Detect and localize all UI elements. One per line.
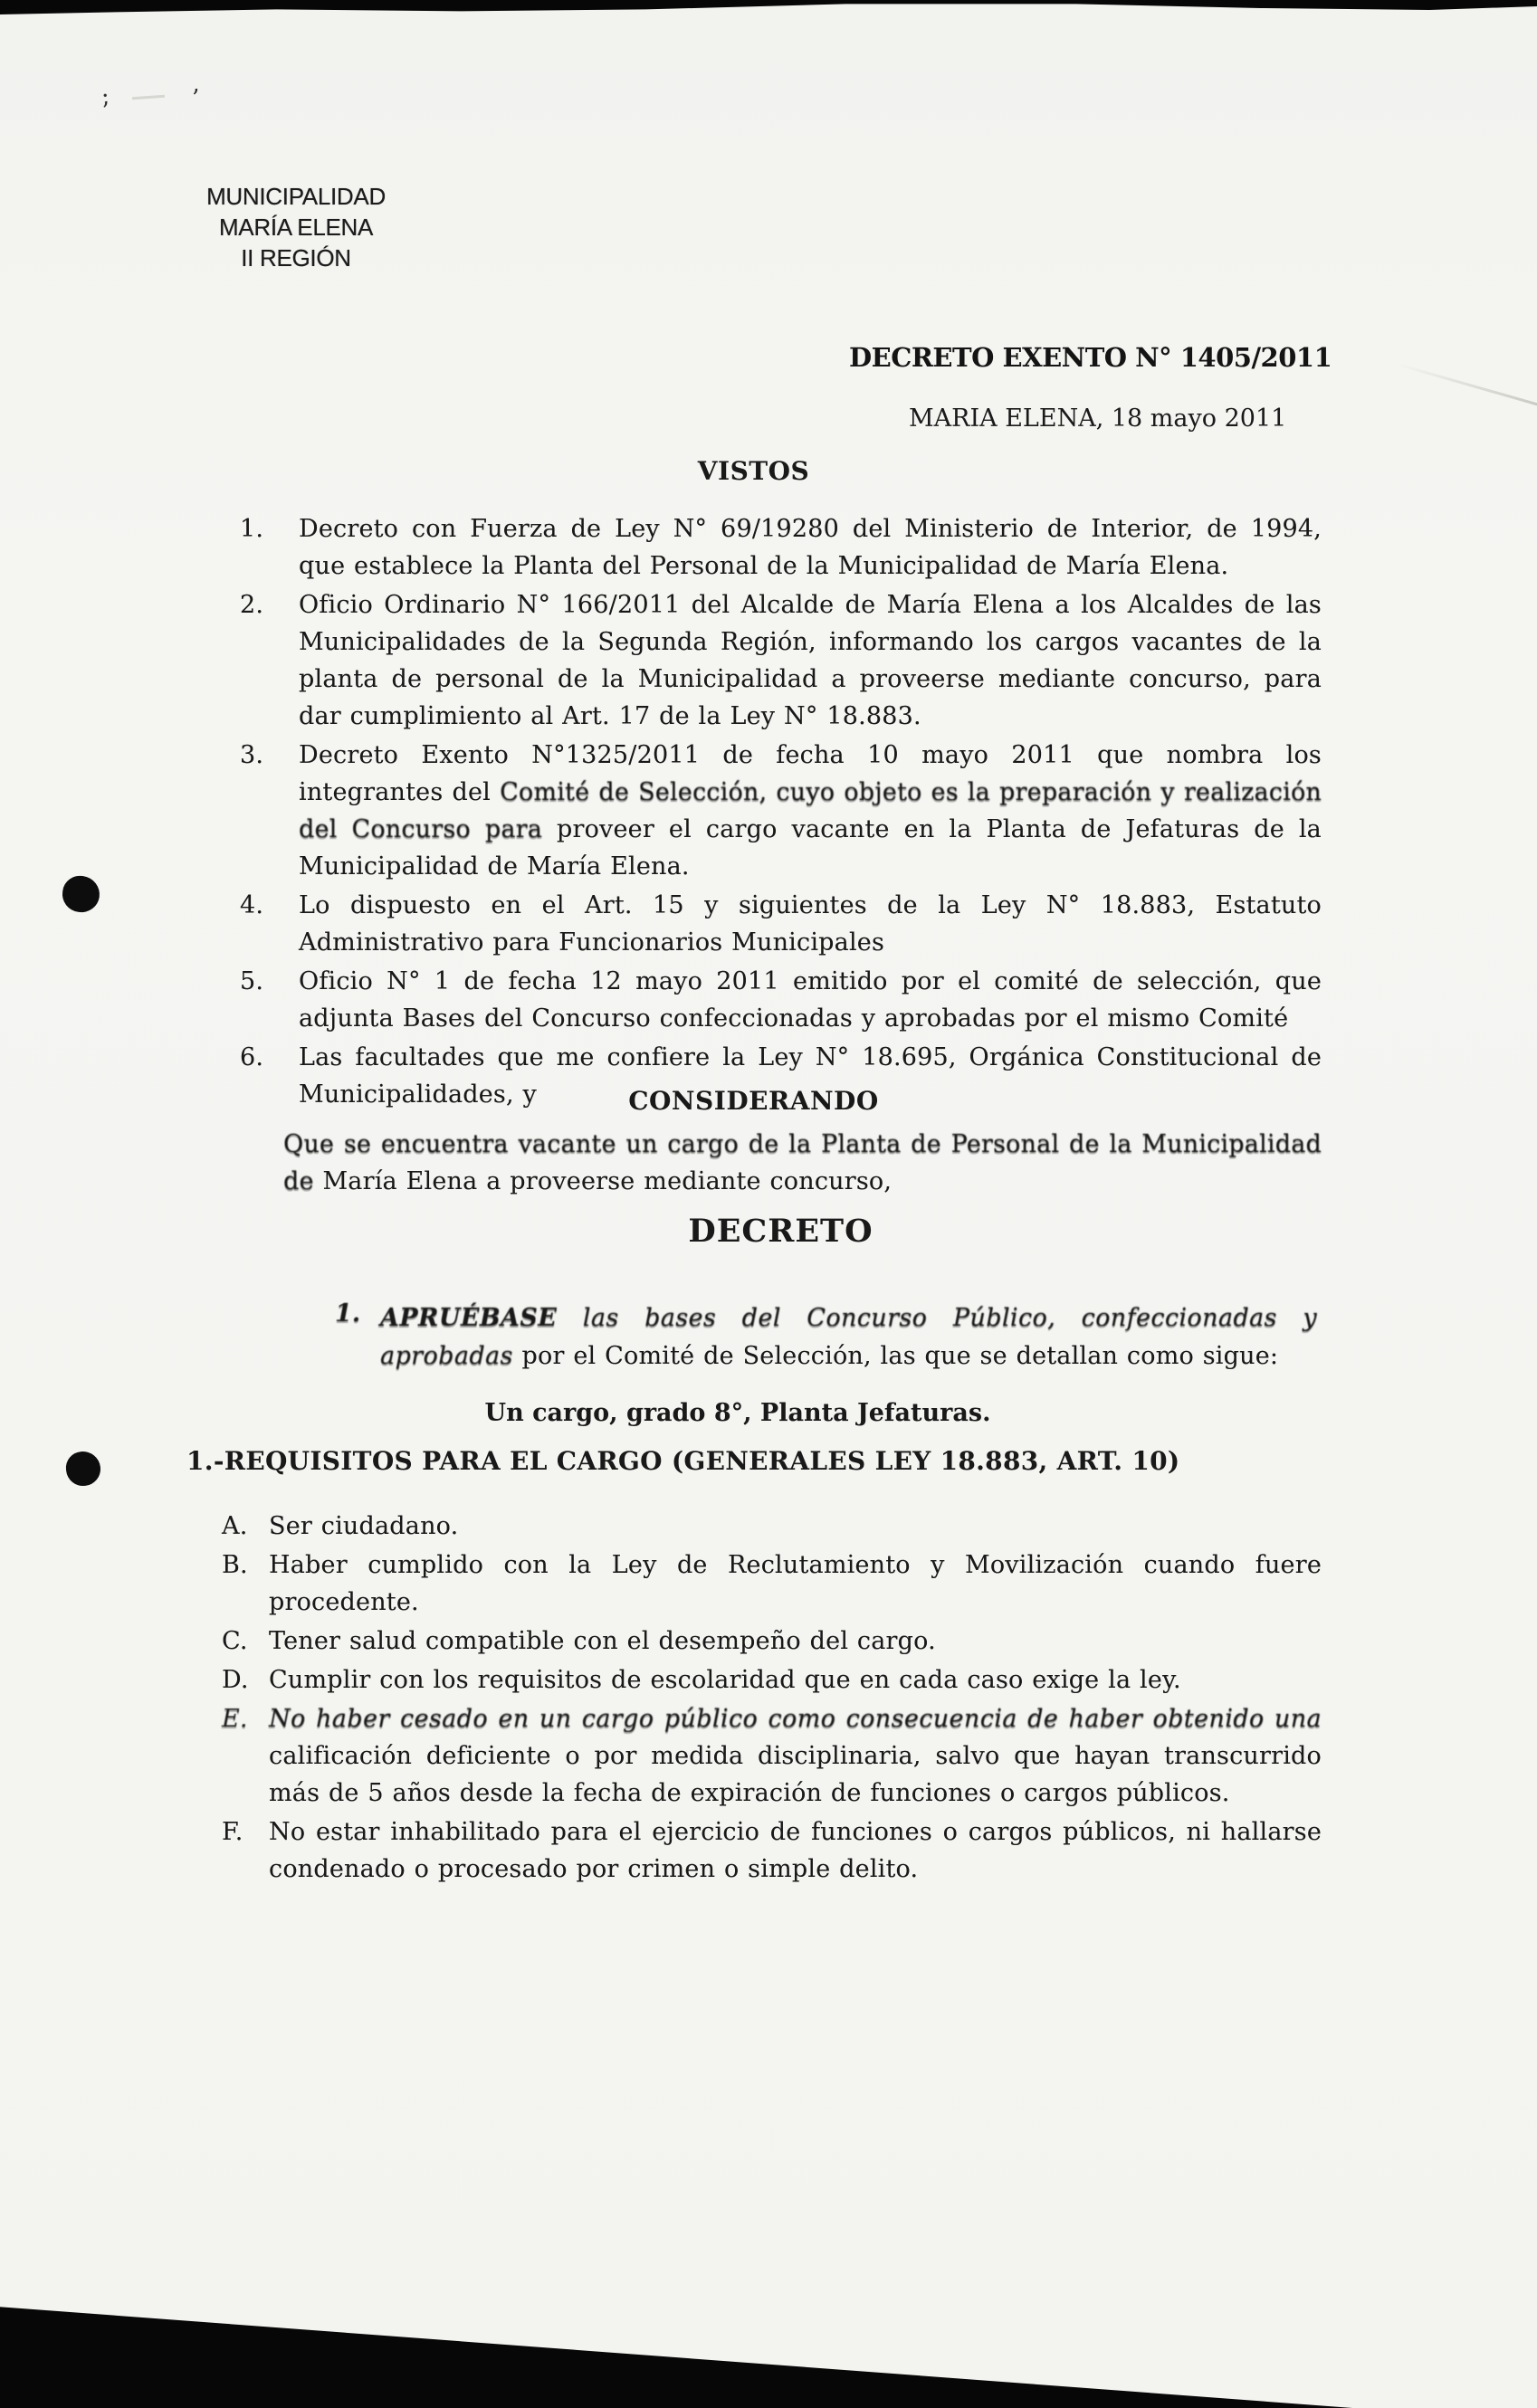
item-letter: E. bbox=[222, 1700, 265, 1737]
item-letter: C. bbox=[222, 1623, 265, 1660]
letterhead: MUNICIPALIDAD MARÍA ELENA II REGIÓN bbox=[203, 181, 389, 273]
text-segment: No haber cesado en un cargo público como… bbox=[269, 1705, 1322, 1733]
item-text: Tener salud compatible con el desempeño … bbox=[269, 1623, 1322, 1660]
decreto-item-text: APRUÉBASE las bases del Concurso Público… bbox=[380, 1299, 1317, 1375]
letterhead-line-2: MARÍA ELENA bbox=[203, 212, 389, 243]
vistos-heading: VISTOS bbox=[213, 456, 1294, 486]
decreto-heading: DECRETO bbox=[240, 1213, 1322, 1250]
ink-smudge-mark bbox=[132, 95, 165, 100]
hole-punch-dot bbox=[60, 873, 101, 914]
item-number: 2. bbox=[240, 586, 294, 623]
scanned-decree-page: { "letterhead": { "line1": "MUNICIPALIDA… bbox=[0, 0, 1537, 2408]
text-segment: Lo dispuesto en el Art. 15 y siguientes … bbox=[299, 891, 1322, 957]
item-letter: A. bbox=[222, 1508, 265, 1545]
item-text: Haber cumplido con la Ley de Reclutamien… bbox=[269, 1547, 1322, 1621]
text-segment: por el Comité de Selección, las que se d… bbox=[513, 1342, 1278, 1370]
letterhead-line-3: II REGIÓN bbox=[203, 243, 389, 273]
item-number: 1. bbox=[240, 510, 294, 547]
text-segment: Cumplir con los requisitos de escolarida… bbox=[269, 1666, 1181, 1694]
text-segment: María Elena a proveerse mediante concurs… bbox=[314, 1167, 892, 1195]
text-segment: No estar inhabilitado para el ejercicio … bbox=[269, 1818, 1322, 1883]
text-segment: Oficio N° 1 de fecha 12 mayo 2011 emitid… bbox=[299, 967, 1322, 1033]
text-segment: calificación deficiente o por medida dis… bbox=[269, 1742, 1322, 1807]
requisito-item: F. No estar inhabilitado para el ejercic… bbox=[222, 1813, 1322, 1888]
item-text: Decreto Exento N°1325/2011 de fecha 10 m… bbox=[299, 737, 1322, 885]
vistos-item: 5. Oficio N° 1 de fecha 12 mayo 2011 emi… bbox=[240, 963, 1322, 1037]
requisito-item: C. Tener salud compatible con el desempe… bbox=[222, 1623, 1322, 1660]
vistos-item: 2. Oficio Ordinario N° 166/2011 del Alca… bbox=[240, 586, 1322, 735]
ink-smudge-mark: ’ bbox=[192, 85, 199, 112]
item-number: 3. bbox=[240, 737, 294, 774]
item-number: 6. bbox=[240, 1039, 294, 1076]
item-text: Lo dispuesto en el Art. 15 y siguientes … bbox=[299, 887, 1322, 961]
text-segment: Ser ciudadano. bbox=[269, 1512, 458, 1540]
text-segment: Decreto con Fuerza de Ley N° 69/19280 de… bbox=[299, 515, 1322, 580]
text-segment: Haber cumplido con la Ley de Reclutamien… bbox=[269, 1551, 1322, 1616]
item-text: Ser ciudadano. bbox=[269, 1508, 1322, 1545]
decreto-item: 1. APRUÉBASE las bases del Concurso Públ… bbox=[335, 1299, 1317, 1375]
item-letter: D. bbox=[222, 1661, 265, 1699]
item-text: Decreto con Fuerza de Ley N° 69/19280 de… bbox=[299, 510, 1322, 585]
requisitos-heading: 1.-REQUISITOS PARA EL CARGO (GENERALES L… bbox=[186, 1446, 1179, 1476]
vistos-item: 3. Decreto Exento N°1325/2011 de fecha 1… bbox=[240, 737, 1322, 885]
item-text: No haber cesado en un cargo público como… bbox=[269, 1700, 1322, 1812]
considerando-paragraph: Que se encuentra vacante un cargo de la … bbox=[283, 1126, 1322, 1200]
ink-smudge-mark: ; bbox=[100, 83, 111, 111]
vistos-item: 4. Lo dispuesto en el Art. 15 y siguient… bbox=[240, 887, 1322, 961]
hole-punch-dot bbox=[64, 1450, 102, 1488]
text-segment: Tener salud compatible con el desempeño … bbox=[269, 1627, 936, 1655]
item-number: 4. bbox=[240, 887, 294, 924]
item-text: Cumplir con los requisitos de escolarida… bbox=[269, 1661, 1322, 1699]
considerando-heading: CONSIDERANDO bbox=[213, 1086, 1294, 1116]
item-text: No estar inhabilitado para el ejercicio … bbox=[269, 1813, 1322, 1888]
item-text: Oficio N° 1 de fecha 12 mayo 2011 emitid… bbox=[299, 963, 1322, 1037]
scanner-edge-band-bottom bbox=[0, 2290, 1537, 2408]
decreto-item-number: 1. bbox=[335, 1299, 378, 1328]
requisito-item: E. No haber cesado en un cargo público c… bbox=[222, 1700, 1322, 1812]
requisito-item: B. Haber cumplido con la Ley de Reclutam… bbox=[222, 1547, 1322, 1621]
place-and-date: MARIA ELENA, 18 mayo 2011 bbox=[909, 405, 1286, 433]
cargo-line: Un cargo, grado 8°, Planta Jefaturas. bbox=[163, 1399, 1313, 1427]
requisito-item: D. Cumplir con los requisitos de escolar… bbox=[222, 1661, 1322, 1699]
vistos-item: 1. Decreto con Fuerza de Ley N° 69/19280… bbox=[240, 510, 1322, 585]
item-letter: F. bbox=[222, 1813, 265, 1851]
text-segment: APRUÉBASE bbox=[380, 1304, 557, 1332]
item-number: 5. bbox=[240, 963, 294, 1000]
paper-crease bbox=[1397, 363, 1537, 414]
letterhead-line-1: MUNICIPALIDAD bbox=[203, 181, 389, 212]
requisito-item: A. Ser ciudadano. bbox=[222, 1508, 1322, 1545]
scanner-edge-band-top bbox=[0, 0, 1537, 18]
requisitos-list: A. Ser ciudadano. B. Haber cumplido con … bbox=[222, 1508, 1322, 1889]
item-text: Oficio Ordinario N° 166/2011 del Alcalde… bbox=[299, 586, 1322, 735]
vistos-list: 1. Decreto con Fuerza de Ley N° 69/19280… bbox=[240, 510, 1322, 1115]
item-letter: B. bbox=[222, 1547, 265, 1584]
text-segment: Oficio Ordinario N° 166/2011 del Alcalde… bbox=[299, 591, 1322, 730]
decree-number: DECRETO EXENTO N° 1405/2011 bbox=[849, 342, 1332, 373]
